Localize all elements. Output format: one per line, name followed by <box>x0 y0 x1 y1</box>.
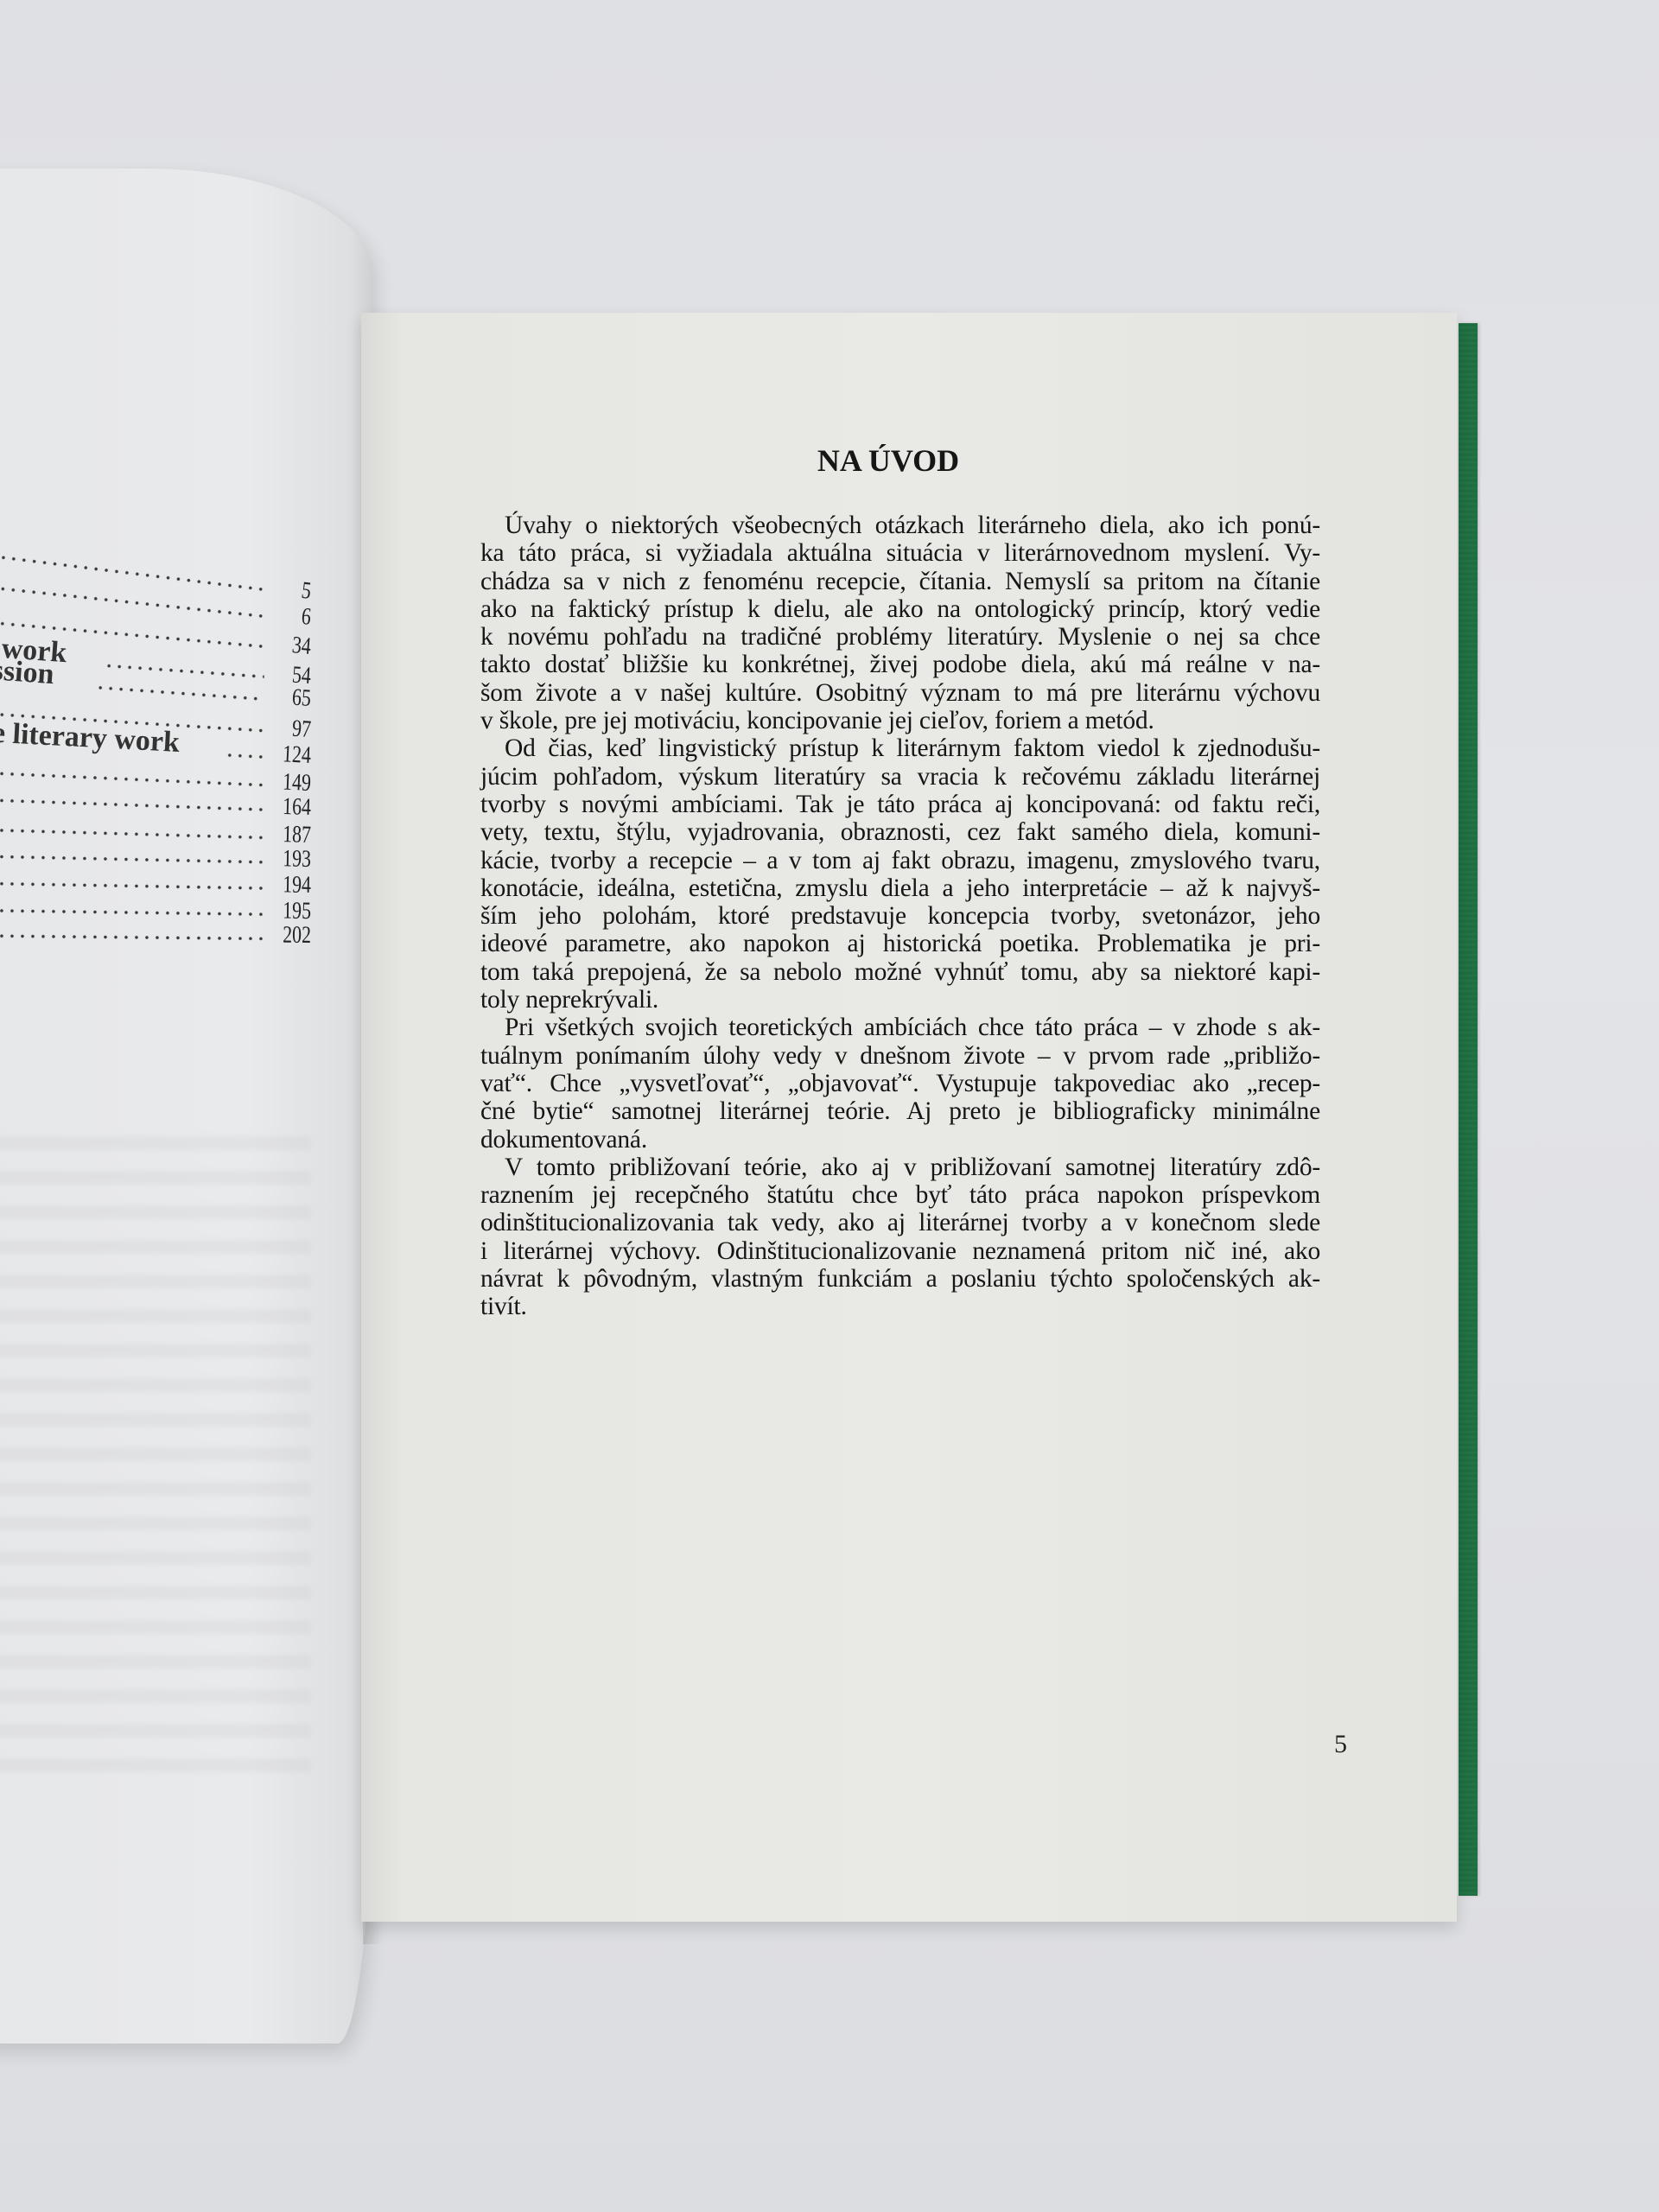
toc-entry-title: ression <box>0 652 55 691</box>
text-line: V tomto približovaní teórie, ako aj v pr… <box>456 1154 1320 1181</box>
text-line: takto dostať bližšie ku konkrétnej, žive… <box>456 651 1320 678</box>
toc-entry-page: 65 <box>279 683 312 713</box>
text-line: chádza sa v nich z fenoménu recepcie, čí… <box>456 568 1320 595</box>
toc-leader-dots <box>95 686 264 702</box>
text-line: vety, textu, štýlu, vyjadrovania, obrazn… <box>456 818 1320 846</box>
text-line: raznením jej recepčného štatútu chce byť… <box>456 1181 1320 1209</box>
text-line: čné bytie“ samotnej literárnej teórie. A… <box>456 1097 1320 1125</box>
text-line: šom živote a v našej kultúre. Osobitný v… <box>456 679 1320 707</box>
text-line: tuálnym ponímaním úlohy vedy v dnešnom ž… <box>456 1042 1320 1070</box>
toc-leader-dots <box>0 881 264 890</box>
text-line: dokumentovaná. <box>456 1126 1320 1154</box>
text-line: tvorby s novými ambíciami. Tak je táto p… <box>456 791 1320 818</box>
paragraph: V tomto približovaní teórie, ako aj v pr… <box>456 1154 1320 1321</box>
text-line: tivít. <box>456 1293 1320 1320</box>
text-line: tom taká prepojená, že sa nebolo možné v… <box>456 958 1320 986</box>
green-cover-edge <box>1459 323 1478 1896</box>
text-line: ideové parametre, ako napokon aj histori… <box>456 930 1320 957</box>
paragraph: Pri všetkých svojich teoretických ambíci… <box>456 1014 1320 1153</box>
text-line: Pri všetkých svojich teoretických ambíci… <box>456 1014 1320 1041</box>
text-line: ako na faktický prístup k dielu, ale ako… <box>456 595 1320 623</box>
text-line: toly neprekrývali. <box>456 986 1320 1014</box>
text-line: júcim pohľadom, výskum literatúry sa vra… <box>456 763 1320 791</box>
toc-entry-page: 202 <box>280 922 311 950</box>
text-line: návrat k pôvodným, vlastným funkciám a p… <box>456 1265 1320 1293</box>
text-line: ším jeho polohám, ktoré predstavuje konc… <box>456 902 1320 930</box>
text-line: i literárnej výchovy. Odinštitucionalizo… <box>456 1237 1320 1265</box>
page-number: 5 <box>1334 1730 1347 1759</box>
toc-leader-dots <box>0 855 264 864</box>
text-line: vať“. Chce „vysvetľovať“, „objavovať“. V… <box>456 1070 1320 1097</box>
text-line: k novému pohľadu na tradičné problémy li… <box>456 623 1320 651</box>
text-line: Úvahy o niektorých všeobecných otázkach … <box>456 512 1320 539</box>
toc-leader-dots <box>225 753 264 759</box>
text-line: ka táto práca, si vyžiadala aktuálna sit… <box>456 539 1320 567</box>
toc-leader-dots <box>0 934 264 941</box>
book-photo: 5634ry work54ression6597the literary wor… <box>0 0 1659 2212</box>
chapter-title: NA ÚVOD <box>456 442 1320 479</box>
text-line: kácie, tvorby a recepcie – a v tom aj fa… <box>456 847 1320 874</box>
toc-entry-page: 34 <box>279 631 313 661</box>
text-line: konotácie, ideálna, estetična, zmyslu di… <box>456 874 1320 902</box>
toc-leader-dots <box>0 798 264 811</box>
left-page: 5634ry work54ression6597the literary wor… <box>0 168 372 2044</box>
paragraph: Úvahy o niektorých všeobecných otázkach … <box>456 512 1320 734</box>
text-line: v škole, pre jej motiváciu, koncipovanie… <box>456 707 1320 734</box>
right-page: NA ÚVOD Úvahy o niektorých všeobecných o… <box>361 313 1457 1922</box>
body-text: Úvahy o niektorých všeobecných otázkach … <box>456 512 1320 1321</box>
show-through-text <box>0 1136 311 1793</box>
paragraph: Od čias, keď lingvistický prístup k lite… <box>456 734 1320 1014</box>
text-line: Od čias, keď lingvistický prístup k lite… <box>456 734 1320 762</box>
toc-entry: 202 <box>0 915 311 950</box>
text-line: odinštitucionalizovania tak vedy, ako aj… <box>456 1209 1320 1236</box>
